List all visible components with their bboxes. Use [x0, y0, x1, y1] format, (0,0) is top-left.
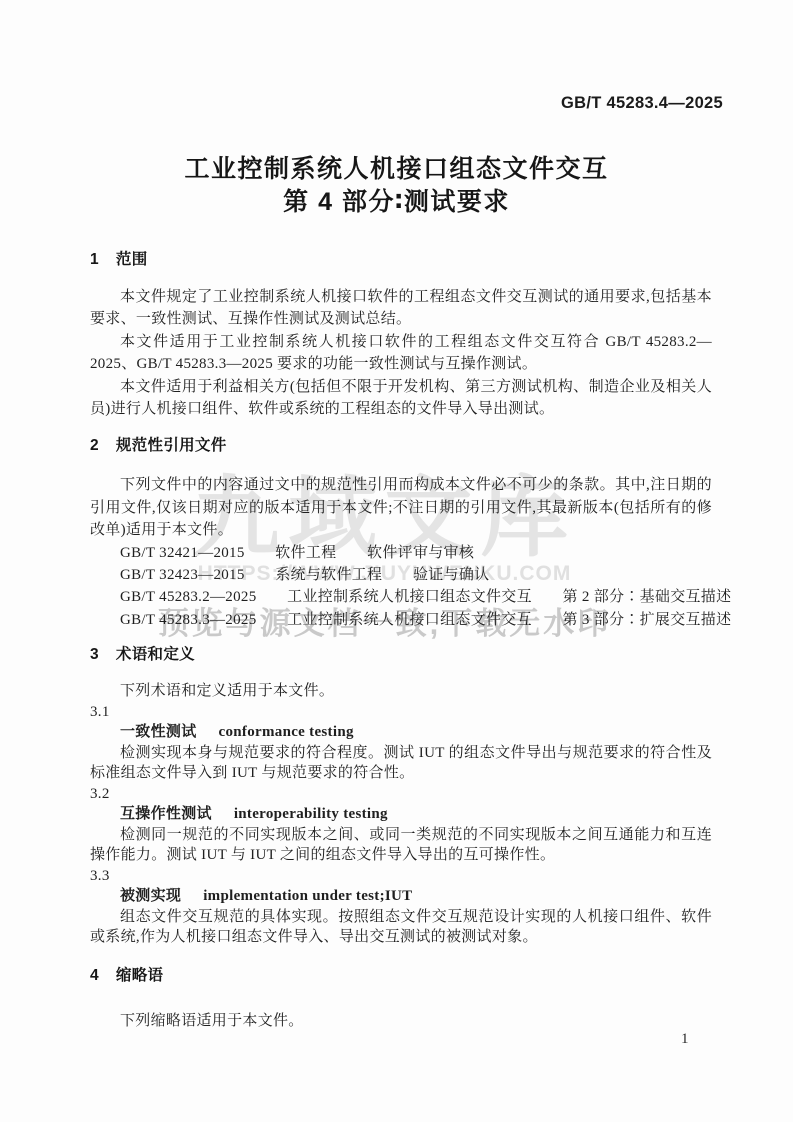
paragraph: 本文件适用于工业控制系统人机接口软件的工程组态文件交互符合 GB/T 45283… — [90, 331, 712, 376]
section-4-intro: 下列缩略语适用于本文件。 — [90, 1010, 712, 1032]
term-3-3: 被测实现implementation under test;IUT — [90, 886, 712, 907]
section-2-title: 规范性引用文件 — [116, 437, 227, 454]
reference-item: GB/T 32421—2015 软件工程 软件评审与审核 — [90, 542, 712, 564]
title-line-2: 第 4 部分∶测试要求 — [0, 186, 793, 219]
term-3-2-id: 3.2 — [90, 784, 712, 805]
section-3-title: 术语和定义 — [116, 646, 195, 663]
term-3-1-id: 3.1 — [90, 702, 712, 723]
section-3-intro: 下列术语和定义适用于本文件。 — [90, 681, 712, 702]
section-1-number: 1 — [90, 250, 99, 270]
section-1-paragraphs: 本文件规定了工业控制系统人机接口软件的工程组态文件交互测试的通用要求,包括基本要… — [90, 286, 712, 420]
term-3-1: 一致性测试conformance testing — [90, 722, 712, 743]
term-3-2-en: interoperability testing — [234, 806, 388, 822]
document-body: 1范围 本文件规定了工业控制系统人机接口软件的工程组态文件交互测试的通用要求,包… — [90, 245, 712, 1032]
document-page: 九域文库 HTTPS://WWW.JIUYUWENKU.COM 预览与源文档一致… — [0, 0, 793, 1122]
paragraph: 本文件规定了工业控制系统人机接口软件的工程组态文件交互测试的通用要求,包括基本要… — [90, 286, 712, 331]
section-3-heading: 3术语和定义 — [90, 645, 712, 665]
section-1-title: 范围 — [116, 251, 148, 268]
section-3-number: 3 — [90, 645, 99, 665]
term-3-2-definition: 检测同一规范的不同实现版本之间、或同一类规范的不同实现版本之间互通能力和互连操作… — [90, 825, 712, 866]
section-4-number: 4 — [90, 966, 99, 986]
term-3-3-zh: 被测实现 — [120, 887, 181, 904]
term-3-2: 互操作性测试interoperability testing — [90, 804, 712, 825]
term-3-3-definition: 组态文件交互规范的具体实现。按照组态文件交互规范设计实现的人机接口组件、软件或系… — [90, 907, 712, 948]
paragraph: 本文件适用于利益相关方(包括但不限于开发机构、第三方测试机构、制造企业及相关人员… — [90, 376, 712, 421]
term-3-1-zh: 一致性测试 — [120, 723, 197, 740]
section-2-heading: 2规范性引用文件 — [90, 436, 712, 456]
section-2-intro: 下列文件中的内容通过文中的规范性引用而构成本文件必不可少的条款。其中,注日期的引… — [90, 474, 712, 541]
term-3-3-id: 3.3 — [90, 866, 712, 887]
page-number: 1 — [681, 1031, 689, 1048]
term-3-3-en: implementation under test;IUT — [203, 888, 412, 904]
term-3-2-zh: 互操作性测试 — [120, 805, 212, 822]
section-1-heading: 1范围 — [90, 250, 712, 270]
standard-code: GB/T 45283.4—2025 — [561, 94, 723, 113]
title-line-1: 工业控制系统人机接口组态文件交互 — [0, 153, 793, 186]
normative-references: GB/T 32421—2015 软件工程 软件评审与审核 GB/T 32423—… — [90, 542, 712, 632]
term-3-1-en: conformance testing — [219, 724, 354, 740]
reference-item: GB/T 45283.3—2025 工业控制系统人机接口组态文件交互 第 3 部… — [90, 609, 712, 631]
term-3-1-definition: 检测实现本身与规范要求的符合程度。测试 IUT 的组态文件导出与规范要求的符合性… — [90, 743, 712, 784]
section-4-title: 缩略语 — [116, 967, 163, 984]
document-title: 工业控制系统人机接口组态文件交互 第 4 部分∶测试要求 — [0, 153, 793, 219]
reference-item: GB/T 45283.2—2025 工业控制系统人机接口组态文件交互 第 2 部… — [90, 586, 712, 608]
section-2-number: 2 — [90, 436, 99, 456]
reference-item: GB/T 32423—2015 系统与软件工程 验证与确认 — [90, 564, 712, 586]
section-4-heading: 4缩略语 — [90, 966, 712, 986]
